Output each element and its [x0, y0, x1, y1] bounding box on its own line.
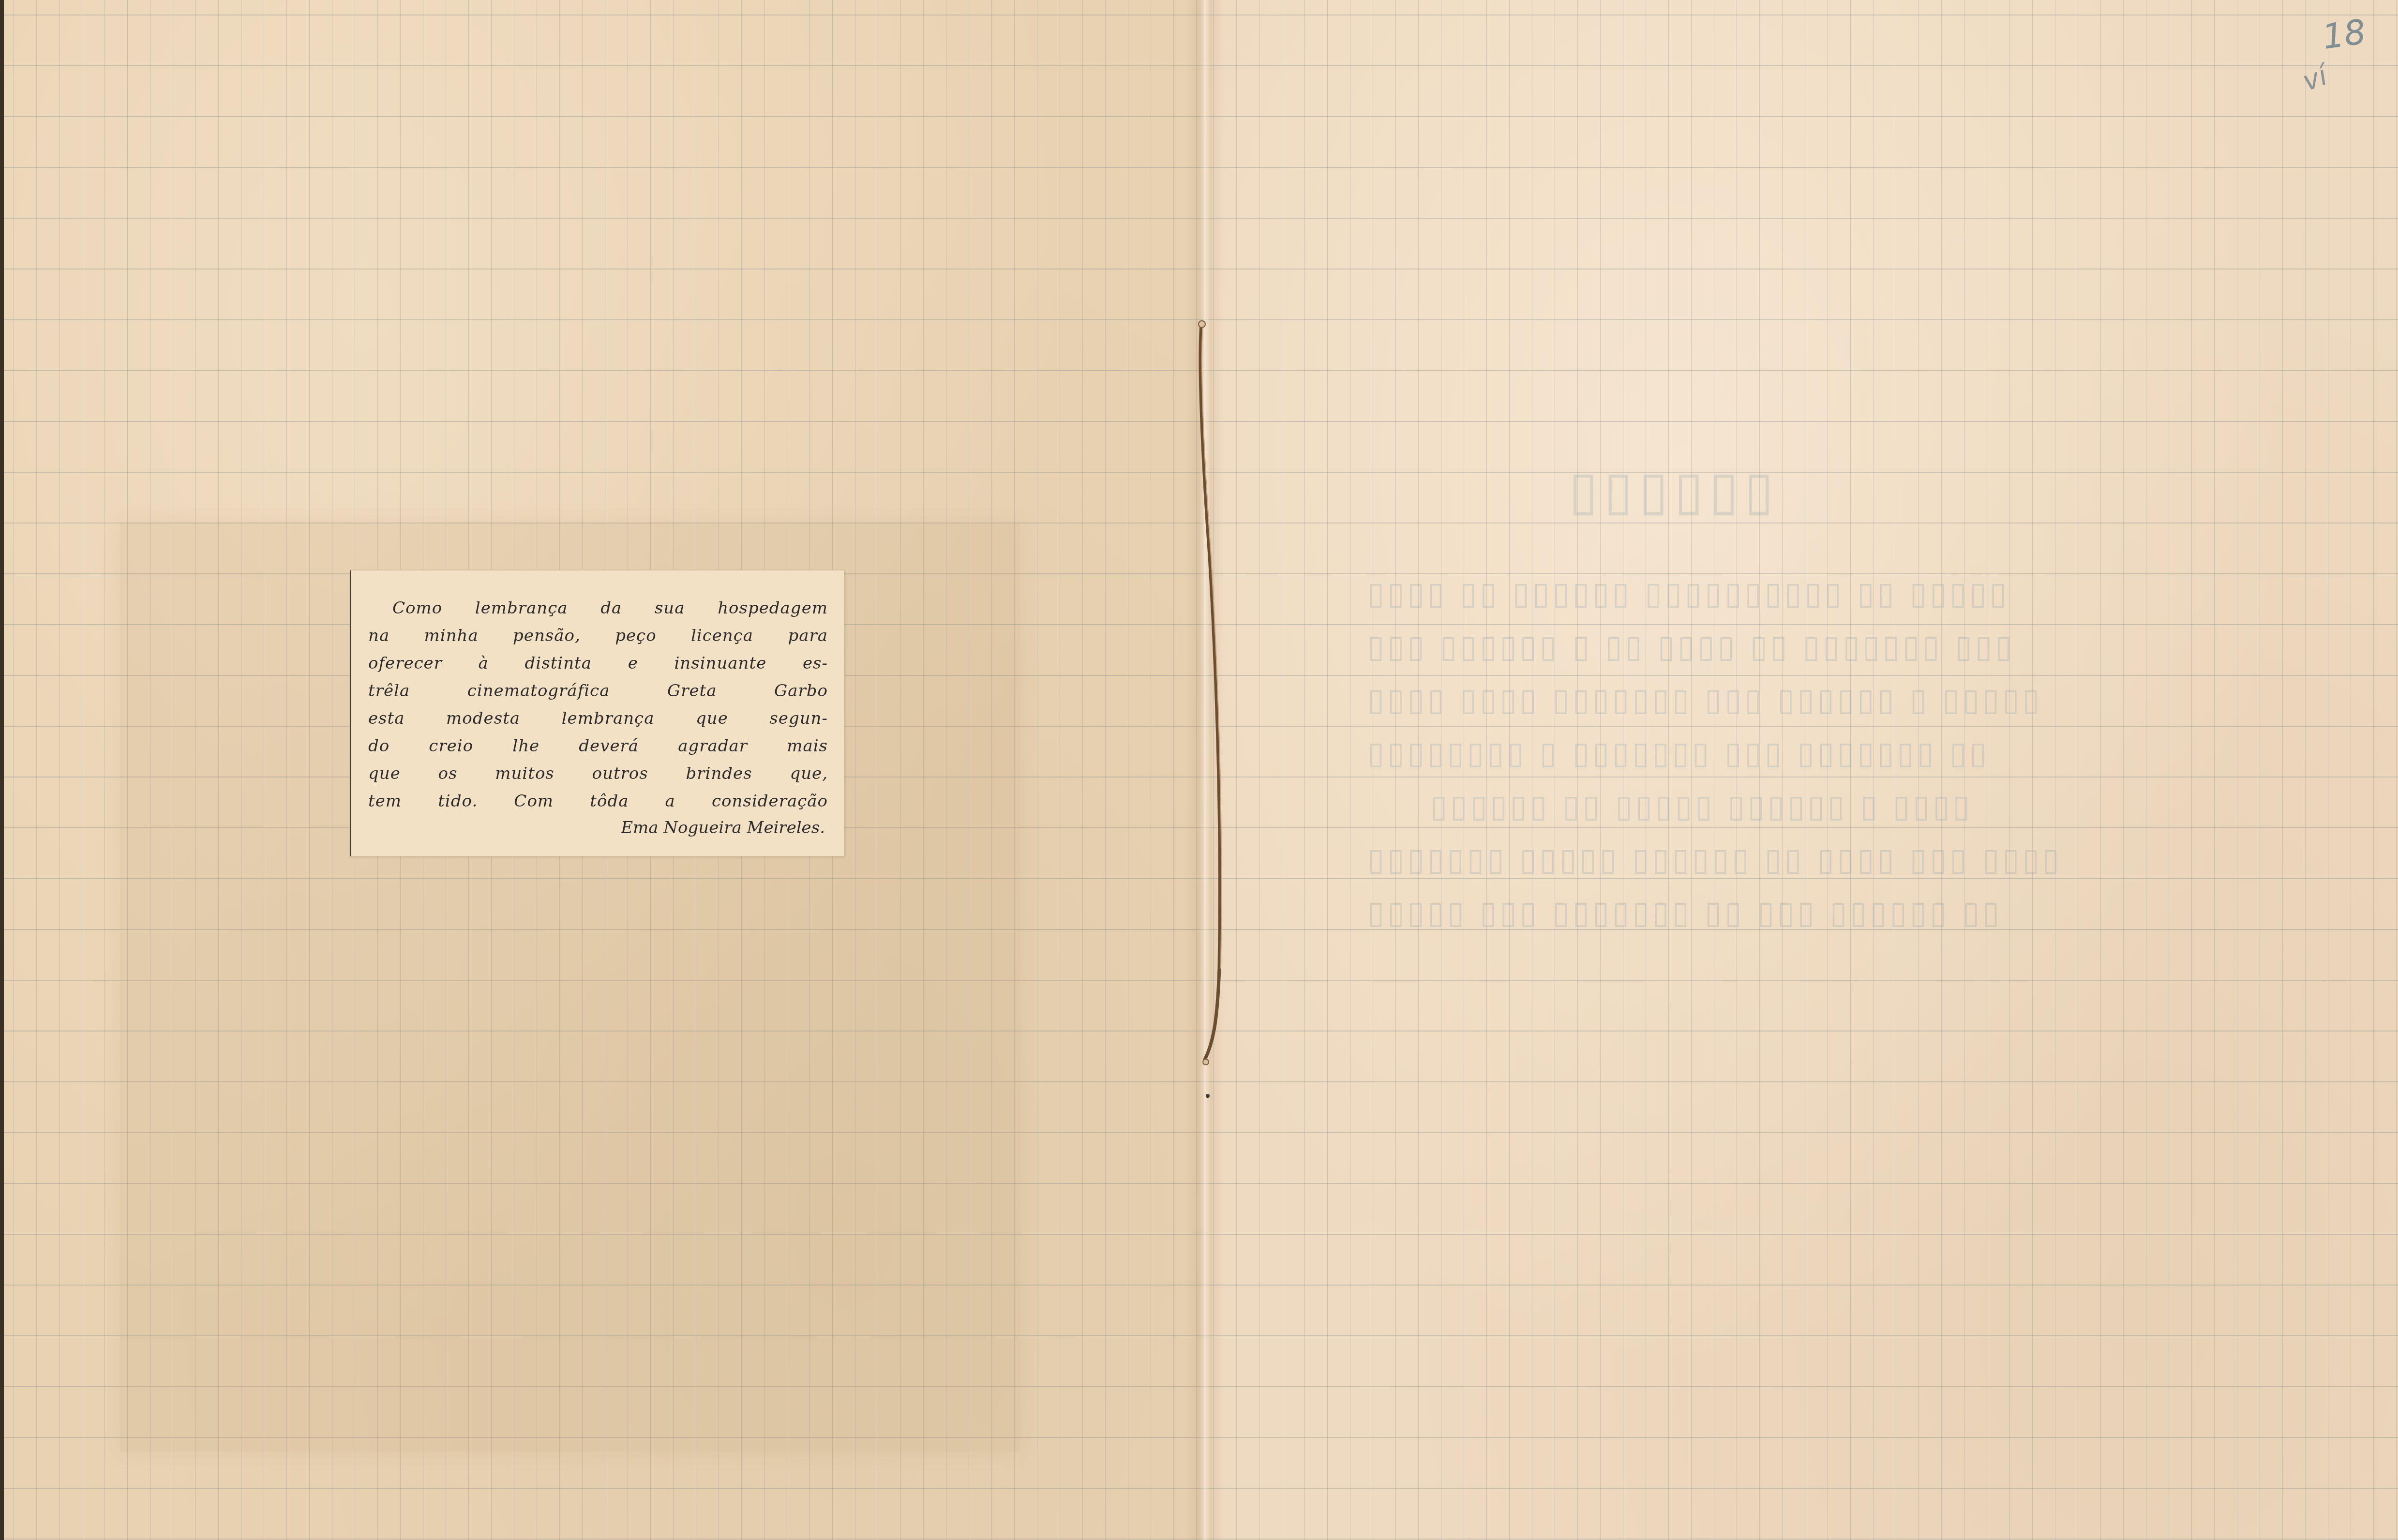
bleed-through-line: ▯▯ ▯▯▯▯▯▯▯ ▯▯▯ ▯▯▯▯▯▯▯ ▯ ▯▯▯▯▯▯▯▯	[1364, 735, 1987, 771]
note-signature: Ema Nogueira Meireles.	[368, 815, 828, 840]
bleed-through-line: ▯▯▯▯▯ ▯▯ ▯▯▯▯▯▯▯▯▯▯ ▯▯▯▯▯▯ ▯▯ ▯▯▯▯	[1364, 576, 2007, 612]
bleed-through-title: ▯▯▯▯▯▯	[1563, 460, 1773, 522]
note-line: na minha pensão, peço licença para	[368, 622, 828, 650]
note-line: Como lembrança da sua hospedagem	[368, 595, 828, 622]
bleed-through-line: ▯▯▯▯ ▯▯▯ ▯▯▯▯ ▯▯ ▯▯▯▯▯▯ ▯▯▯▯▯ ▯▯▯▯▯▯▯	[1364, 842, 2059, 878]
note-line: oferecer à distinta e insinuante es-	[368, 650, 828, 677]
note-line: esta modesta lembrança que segun-	[368, 705, 828, 733]
notebook-spread: Como lembrança da sua hospedagem na minh…	[0, 0, 2398, 1540]
note-line: do creio lhe deverá agradar mais	[368, 733, 828, 760]
bleed-through-line: ▯▯ ▯▯▯▯▯▯ ▯▯▯ ▯▯ ▯▯▯▯▯▯▯ ▯▯▯ ▯▯▯▯▯	[1364, 895, 1999, 931]
note-line: trêla cinematográfica Greta Garbo	[368, 677, 828, 705]
note-line: que os muitos outros brindes que,	[368, 760, 828, 788]
note-line: tem tido. Com tôda a consideração	[368, 788, 828, 815]
notebook-edge	[0, 0, 4, 1540]
center-fold	[1185, 0, 1224, 1540]
bleed-through-line: ▯▯▯ ▯▯▯▯▯▯▯ ▯▯ ▯▯▯▯ ▯▯ ▯ ▯▯▯▯▯▯ ▯▯▯	[1364, 629, 2012, 665]
pasted-note-card: Como lembrança da sua hospedagem na minh…	[350, 570, 844, 856]
bleed-through-line: ▯▯▯▯ ▯ ▯▯▯▯▯▯ ▯▯▯▯▯ ▯▯ ▯▯▯▯▯▯	[1427, 789, 1970, 824]
bleed-through-line: ▯▯▯▯▯ ▯ ▯▯▯▯▯▯ ▯▯▯ ▯▯▯▯▯▯▯ ▯▯▯▯ ▯▯▯▯	[1364, 682, 2039, 718]
page-number: 18	[2320, 12, 2368, 57]
